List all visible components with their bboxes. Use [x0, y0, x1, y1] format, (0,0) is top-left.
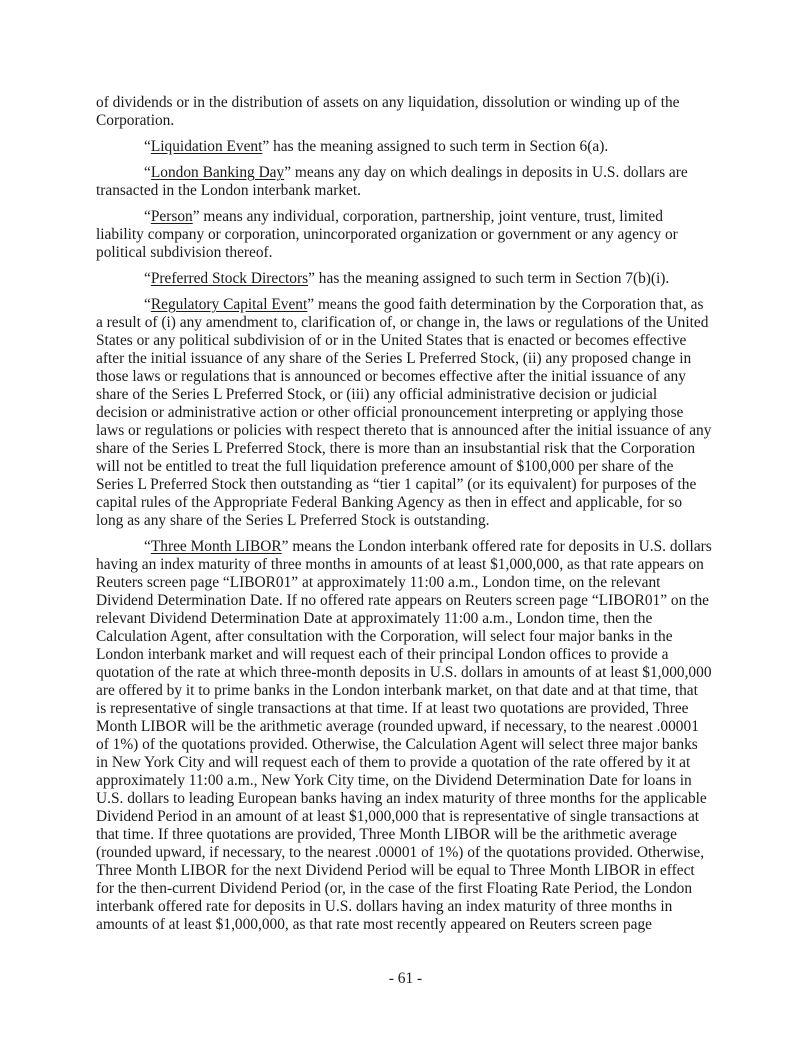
- paragraph-continuation: of dividends or in the distribution of a…: [96, 94, 712, 130]
- paragraph-body: of dividends or in the distribution of a…: [96, 94, 680, 129]
- open-quote: “: [144, 138, 151, 155]
- definition-regulatory-capital-event: “Regulatory Capital Event” means the goo…: [96, 296, 712, 530]
- definition-three-month-libor: “Three Month LIBOR” means the London int…: [96, 538, 712, 934]
- defined-term: Three Month LIBOR: [151, 538, 282, 555]
- definition-preferred-stock-directors: “Preferred Stock Directors” has the mean…: [96, 270, 712, 288]
- defined-term: Person: [151, 208, 193, 225]
- open-quote: “: [144, 270, 151, 287]
- defined-term: Preferred Stock Directors: [151, 270, 308, 287]
- definition-body: ” has the meaning assigned to such term …: [262, 138, 608, 155]
- defined-term: London Banking Day: [151, 164, 284, 181]
- page-number: - 61 -: [0, 970, 811, 988]
- definition-person: “Person” means any individual, corporati…: [96, 208, 712, 262]
- defined-term: Regulatory Capital Event: [151, 296, 307, 313]
- open-quote: “: [144, 538, 151, 555]
- open-quote: “: [144, 208, 151, 225]
- definition-body: ” means the London interbank offered rat…: [96, 538, 712, 933]
- definition-london-banking-day: “London Banking Day” means any day on wh…: [96, 164, 712, 200]
- definition-body: ” means the good faith determination by …: [96, 296, 711, 529]
- defined-term: Liquidation Event: [151, 138, 263, 155]
- open-quote: “: [144, 296, 151, 313]
- document-page: of dividends or in the distribution of a…: [96, 94, 712, 942]
- definition-liquidation-event: “Liquidation Event” has the meaning assi…: [96, 138, 712, 156]
- definition-body: ” has the meaning assigned to such term …: [308, 270, 669, 287]
- open-quote: “: [144, 164, 151, 181]
